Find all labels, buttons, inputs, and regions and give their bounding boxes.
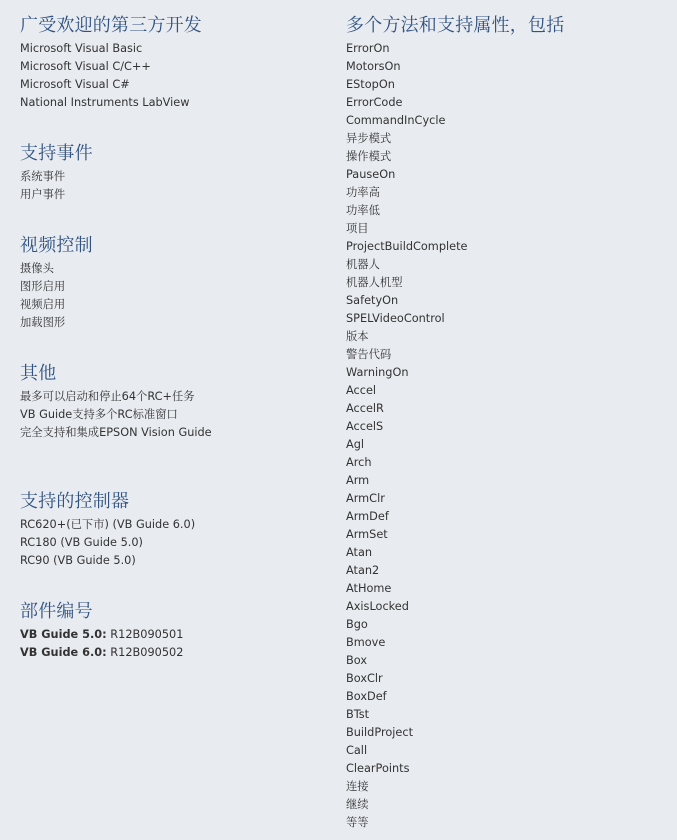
list-item: National Instruments LabView: [20, 94, 202, 112]
list-item: 图形启用: [20, 278, 93, 296]
method-item: 功率高: [346, 184, 564, 202]
method-item: 项目: [346, 220, 564, 238]
method-item: Call: [346, 742, 564, 760]
method-item: 机器人机型: [346, 274, 564, 292]
list-item: 完全支持和集成EPSON Vision Guide: [20, 424, 212, 442]
method-item: BTst: [346, 706, 564, 724]
method-item: 继续: [346, 796, 564, 814]
method-item: ClearPoints: [346, 760, 564, 778]
method-item: Atan: [346, 544, 564, 562]
list-item: VB Guide支持多个RC标准窗口: [20, 406, 212, 424]
method-item: SafetyOn: [346, 292, 564, 310]
method-item: 功率低: [346, 202, 564, 220]
method-item: 操作模式: [346, 148, 564, 166]
method-item: ArmClr: [346, 490, 564, 508]
method-item: AxisLocked: [346, 598, 564, 616]
method-item: SPELVideoControl: [346, 310, 564, 328]
method-item: BuildProject: [346, 724, 564, 742]
part-number-label: VB Guide 6.0:: [20, 646, 107, 659]
section-heading: 其他: [20, 362, 212, 388]
list-item: 系统事件: [20, 168, 93, 186]
section-heading: 部件编号: [20, 600, 183, 626]
list-item: Microsoft Visual C#: [20, 76, 202, 94]
method-item: 机器人: [346, 256, 564, 274]
method-item: AccelS: [346, 418, 564, 436]
method-item: Box: [346, 652, 564, 670]
section-part-numbers: 部件编号 VB Guide 5.0: R12B090501 VB Guide 6…: [20, 600, 183, 662]
section-heading: 多个方法和支持属性，包括: [346, 14, 564, 40]
method-item: BoxClr: [346, 670, 564, 688]
section-heading: 广受欢迎的第三方开发: [20, 14, 202, 40]
section-heading: 视频控制: [20, 234, 93, 260]
part-number-value: R12B090502: [107, 646, 184, 659]
method-item: ArmSet: [346, 526, 564, 544]
list-item: 用户事件: [20, 186, 93, 204]
list-item: RC620+(已下市) (VB Guide 6.0): [20, 516, 195, 534]
list-item: 摄像头: [20, 260, 93, 278]
method-item: ErrorOn: [346, 40, 564, 58]
method-item: WarningOn: [346, 364, 564, 382]
method-item: 警告代码: [346, 346, 564, 364]
section-heading: 支持的控制器: [20, 490, 195, 516]
part-numbers-list: VB Guide 5.0: R12B090501 VB Guide 6.0: R…: [20, 626, 183, 662]
section-controllers: 支持的控制器 RC620+(已下市) (VB Guide 6.0) RC180 …: [20, 490, 195, 570]
events-list: 系统事件 用户事件: [20, 168, 93, 204]
section-third-party: 广受欢迎的第三方开发 Microsoft Visual Basic Micros…: [20, 14, 202, 112]
method-item: Arm: [346, 472, 564, 490]
other-list: 最多可以启动和停止64个RC+任务 VB Guide支持多个RC标准窗口 完全支…: [20, 388, 212, 442]
section-methods: 多个方法和支持属性，包括 ErrorOnMotorsOnEStopOnError…: [346, 14, 564, 832]
method-item: Arch: [346, 454, 564, 472]
list-item: RC180 (VB Guide 5.0): [20, 534, 195, 552]
controllers-list: RC620+(已下市) (VB Guide 6.0) RC180 (VB Gui…: [20, 516, 195, 570]
section-video-control: 视频控制 摄像头 图形启用 视频启用 加载图形: [20, 234, 93, 332]
list-item: Microsoft Visual C/C++: [20, 58, 202, 76]
method-item: ArmDef: [346, 508, 564, 526]
section-events: 支持事件 系统事件 用户事件: [20, 142, 93, 204]
method-item: Agl: [346, 436, 564, 454]
method-item: Bmove: [346, 634, 564, 652]
method-item: 连接: [346, 778, 564, 796]
part-number-label: VB Guide 5.0:: [20, 628, 107, 641]
third-party-list: Microsoft Visual Basic Microsoft Visual …: [20, 40, 202, 112]
method-item: Bgo: [346, 616, 564, 634]
list-item: 加载图形: [20, 314, 93, 332]
method-item: EStopOn: [346, 76, 564, 94]
part-number-row: VB Guide 5.0: R12B090501: [20, 626, 183, 644]
list-item: 视频启用: [20, 296, 93, 314]
method-item: 版本: [346, 328, 564, 346]
method-item: ErrorCode: [346, 94, 564, 112]
method-item: BoxDef: [346, 688, 564, 706]
method-item: MotorsOn: [346, 58, 564, 76]
method-item: Atan2: [346, 562, 564, 580]
method-item: Accel: [346, 382, 564, 400]
section-other: 其他 最多可以启动和停止64个RC+任务 VB Guide支持多个RC标准窗口 …: [20, 362, 212, 442]
method-item: ProjectBuildComplete: [346, 238, 564, 256]
method-item: 异步模式: [346, 130, 564, 148]
list-item: RC90 (VB Guide 5.0): [20, 552, 195, 570]
section-heading: 支持事件: [20, 142, 93, 168]
method-item: CommandInCycle: [346, 112, 564, 130]
method-item: PauseOn: [346, 166, 564, 184]
method-item: AtHome: [346, 580, 564, 598]
method-item: AccelR: [346, 400, 564, 418]
method-item: 等等: [346, 814, 564, 832]
part-number-value: R12B090501: [107, 628, 184, 641]
list-item: Microsoft Visual Basic: [20, 40, 202, 58]
list-item: 最多可以启动和停止64个RC+任务: [20, 388, 212, 406]
methods-list: ErrorOnMotorsOnEStopOnErrorCodeCommandIn…: [346, 40, 564, 832]
part-number-row: VB Guide 6.0: R12B090502: [20, 644, 183, 662]
video-list: 摄像头 图形启用 视频启用 加载图形: [20, 260, 93, 332]
